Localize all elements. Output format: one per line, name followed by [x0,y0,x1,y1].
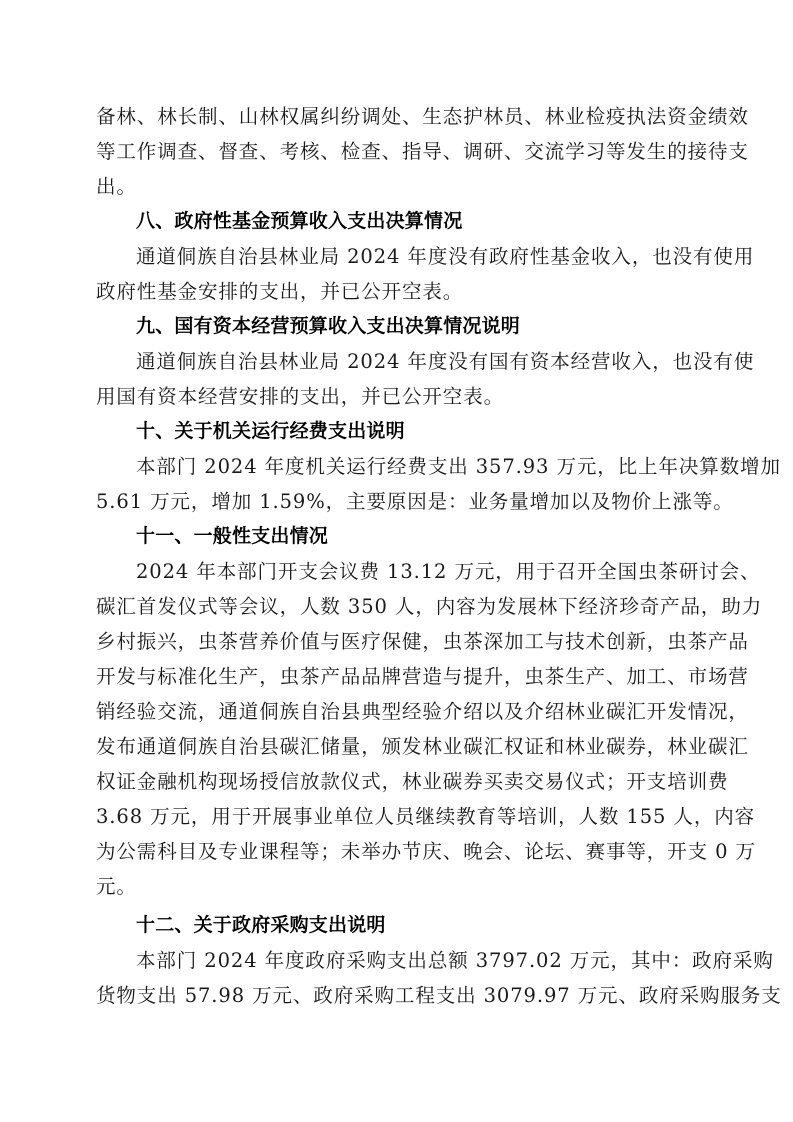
section-heading-10: 十、关于机关运行经费支出说明 [96,414,702,449]
body-text-line: 本部门 2024 年度政府采购支出总额 3797.02 万元，其中：政府采购 [96,943,702,978]
body-text-line: 销经验交流，通道侗族自治县典型经验介绍以及介绍林业碳汇开发情况， [96,694,702,729]
body-text-line: 为公需科目及专业课程等；未举办节庆、晚会、论坛、赛事等，开支 0 万 [96,834,702,869]
body-text-line: 2024 年本部门开支会议费 13.12 万元，用于召开全国虫茶研讨会、 [96,554,702,589]
section-heading-11: 十一、一般性支出情况 [96,519,702,554]
body-text-line: 用国有资本经营安排的支出，并已公开空表。 [96,379,702,414]
body-text-line: 通道侗族自治县林业局 2024 年度没有国有资本经营收入，也没有使 [96,344,702,379]
body-text-line: 通道侗族自治县林业局 2024 年度没有政府性基金收入，也没有使用 [96,239,702,274]
body-text-line: 备林、林长制、山林权属纠纷调处、生态护林员、林业检疫执法资金绩效 [96,99,702,134]
body-text-line: 本部门 2024 年度机关运行经费支出 357.93 万元，比上年决算数增加 [96,449,702,484]
body-text-line: 发布通道侗族自治县碳汇储量，颁发林业碳汇权证和林业碳券，林业碳汇 [96,729,702,764]
section-heading-12: 十二、关于政府采购支出说明 [96,908,702,943]
section-heading-9: 九、国有资本经营预算收入支出决算情况说明 [96,309,702,344]
body-text-line: 出。 [96,169,702,204]
document-page: 备林、林长制、山林权属纠纷调处、生态护林员、林业检疫执法资金绩效 等工作调查、督… [96,99,702,1013]
body-text-line: 开发与标准化生产，虫茶产品品牌营造与提升，虫茶生产、加工、市场营 [96,659,702,694]
body-text-line: 等工作调查、督查、考核、检查、指导、调研、交流学习等发生的接待支 [96,134,702,169]
body-text-line: 碳汇首发仪式等会议，人数 350 人，内容为发展林下经济珍奇产品，助力 [96,589,702,624]
body-text-line: 乡村振兴，虫茶营养价值与医疗保健，虫茶深加工与技术创新，虫茶产品 [96,624,702,659]
body-text-line: 3.68 万元，用于开展事业单位人员继续教育等培训，人数 155 人，内容 [96,799,702,834]
section-heading-8: 八、政府性基金预算收入支出决算情况 [96,204,702,239]
body-text-line: 权证金融机构现场授信放款仪式，林业碳券买卖交易仪式；开支培训费 [96,764,702,799]
body-text-line: 元。 [96,869,702,904]
body-text-line: 政府性基金安排的支出，并已公开空表。 [96,274,702,309]
body-text-line: 5.61 万元，增加 1.59%，主要原因是：业务量增加以及物价上涨等。 [96,484,702,519]
body-text-line: 货物支出 57.98 万元、政府采购工程支出 3079.97 万元、政府采购服务… [96,978,702,1013]
